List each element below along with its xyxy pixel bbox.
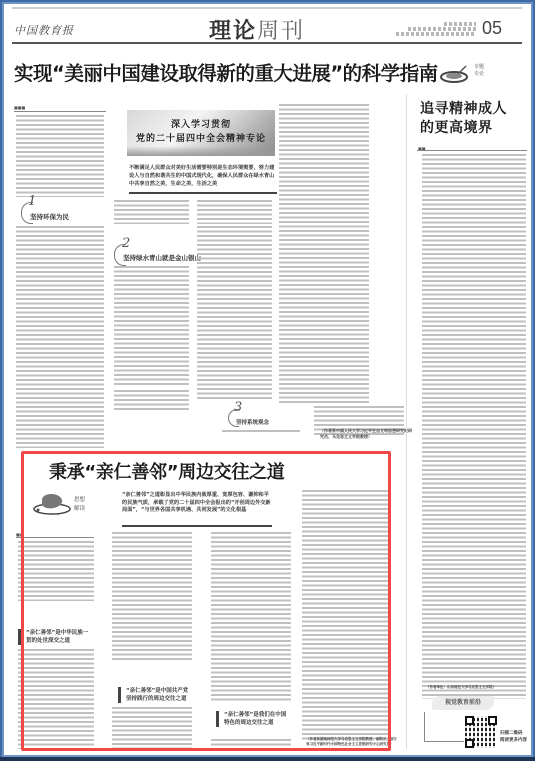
section-title-light: 周刊: [257, 19, 305, 44]
qr-finder: [465, 739, 474, 748]
right-article-headline: 追寻精神成人的更高境界: [420, 100, 516, 138]
article-text-block: [16, 226, 104, 448]
promo-bracket: [424, 712, 464, 742]
issue-meta: [396, 22, 476, 37]
subheading-3: “亲仁善邻”是我们在中国特色的周边交往之道: [216, 711, 290, 727]
section-title-bold: 理论: [209, 18, 257, 44]
article-text-block: [211, 739, 291, 751]
article-text-block: [112, 707, 192, 749]
author-note: （作者系中国人民大学习近平生态文明思想研究院研究员、马克思主义学院教授）: [320, 428, 412, 439]
article-lead: 不断满足人民群众对美好生活需要特别是生态环境需要，努力建设人与自然和谐共生的中国…: [129, 164, 277, 188]
article-text-block: [197, 200, 272, 224]
meta-line: [444, 22, 476, 26]
thought-interpretation-icon: [32, 490, 72, 518]
qr-caption: 扫描二维码 阅读更多内容: [500, 731, 527, 744]
subheading-2: “亲仁善邻”是中国共产党坚持践行的周边交往之道: [118, 687, 192, 703]
article-text-block: [114, 390, 189, 412]
article-text-block: [18, 649, 94, 749]
section-heading-2: 坚持绿水青山就是金山银山: [123, 253, 201, 262]
article-text-block: [18, 541, 94, 601]
right-article-headline-text: 追寻精神成人的更高境界: [420, 100, 516, 138]
article-text-block: [222, 430, 300, 433]
article-text-block: [302, 490, 390, 740]
column-divider: [406, 94, 407, 749]
section-number: 1: [28, 194, 36, 209]
meta-line: [396, 32, 476, 36]
author-note: （作者系湖南师范大学马克思主义学院教授、副院长，浙江省习近平新时代中国特色社会主…: [306, 737, 400, 747]
article-text-block: [211, 532, 291, 702]
meta-line: [408, 27, 476, 31]
article-text-block: [114, 200, 189, 224]
special-topic-label: 专题 专论: [474, 64, 492, 78]
banner-wave: [127, 146, 275, 156]
qr-finder: [488, 716, 497, 725]
section-heading-1: 坚持环保为民: [30, 212, 69, 221]
article-text-block: [197, 226, 272, 401]
lead-rule: [129, 192, 277, 194]
section-number: 3: [234, 400, 242, 415]
byline-rule: [14, 111, 106, 112]
article-text-block: [422, 154, 526, 699]
byline: ■■■: [14, 105, 25, 110]
main-headline: 实现“美丽中国建设取得新的重大进展”的科学指南: [14, 58, 438, 86]
article-text-block: [112, 532, 192, 660]
subheading-1: “亲仁善邻”是中华民族一贯的处世深交之道: [18, 629, 90, 645]
section-title: 理论周刊: [209, 14, 305, 45]
banner-line-1: 深入学习贯彻: [127, 117, 275, 130]
article-text-block: [279, 104, 369, 404]
lead-rule: [122, 525, 272, 527]
masthead-top-rule: [12, 7, 522, 9]
window-bottom-bar: [0, 757, 535, 761]
article-text-block: [114, 266, 189, 386]
article-text-block: [16, 115, 104, 197]
section-number: 2: [122, 236, 130, 251]
qr-code[interactable]: [465, 716, 497, 748]
newspaper-page: 中国教育报 理论周刊 05 实现“美丽中国建设取得新的重大进展”的科学指南 专题…: [4, 4, 531, 755]
special-series-banner: 深入学习贯彻 党的二十届四中全会精神专论: [127, 110, 275, 156]
section-heading-3: 坚持系统观念: [236, 418, 269, 426]
highlighted-article-lead: “亲仁善邻”之道彰显出中华民族内敛厚重、宽厚包容、谦抑和平的民族气质，承载了党的…: [122, 492, 272, 515]
banner-line-2: 党的二十届四中全会精神专论: [127, 131, 275, 144]
special-topic-icon: [440, 64, 470, 84]
promo-title: 视觉教育前沿: [432, 696, 494, 710]
author-note: （作者单位：山东财经大学马克思主义学院）: [426, 685, 526, 690]
page-number: 05: [482, 18, 502, 39]
newspaper-logo: 中国教育报: [14, 22, 74, 38]
byline-rule: [417, 150, 527, 151]
highlighted-article-headline: 秉承“亲仁善邻”周边交往之道: [49, 458, 284, 484]
byline-rule: [16, 537, 94, 538]
masthead-rule: [12, 42, 522, 44]
section-label: 思想 解读: [74, 496, 85, 514]
qr-finder: [465, 716, 474, 725]
